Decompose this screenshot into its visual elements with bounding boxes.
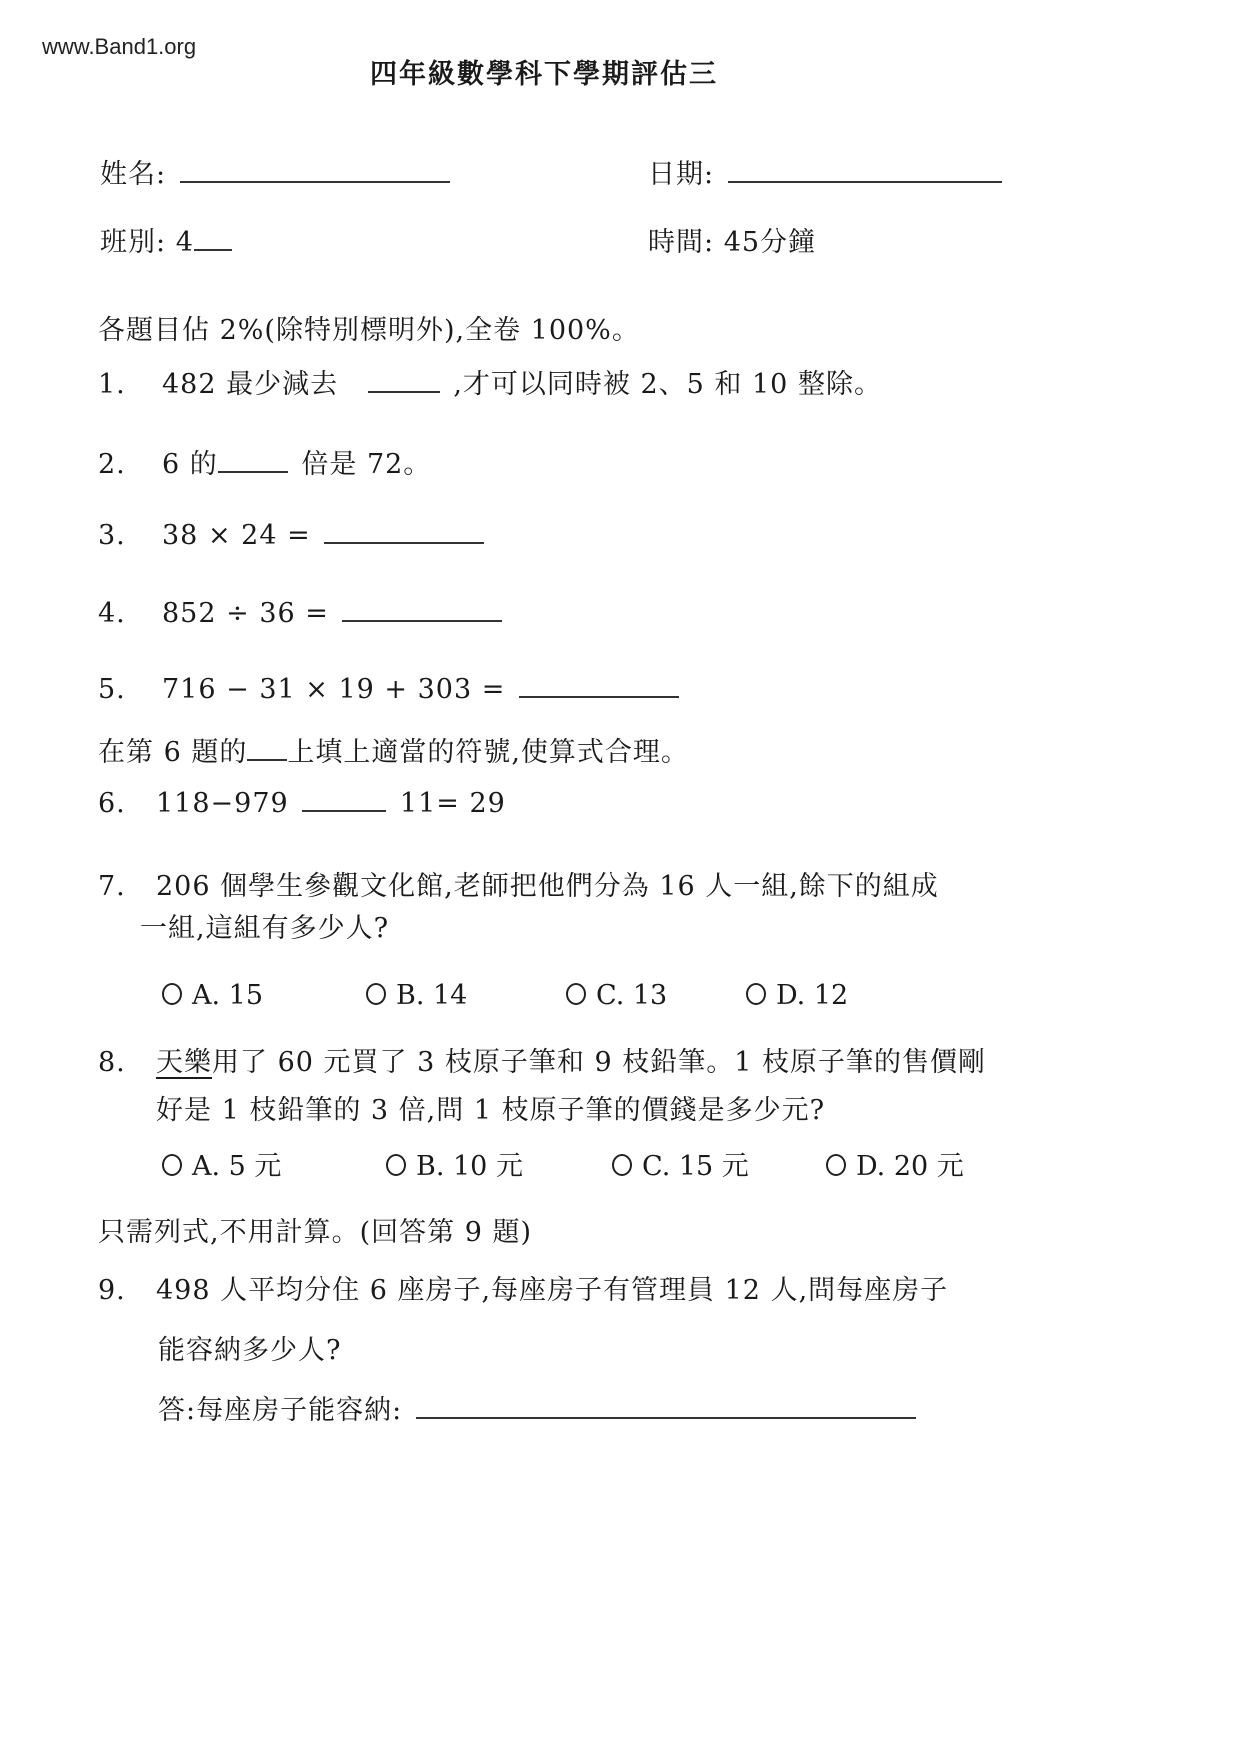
- question-1: 1.482 最少減去 ,才可以同時被 2、5 和 10 整除。: [98, 362, 882, 401]
- q8-option-a[interactable]: A. 5 元: [162, 1144, 281, 1183]
- radio-button[interactable]: [566, 983, 586, 1005]
- instruction-blank: [247, 758, 287, 761]
- answer-label: 答:每座房子能容納:: [158, 1395, 402, 1426]
- option-label: D. 20 元: [856, 1151, 964, 1182]
- question-7-line2: 一組,這組有多少人?: [140, 906, 389, 945]
- question-text: 倍是 72。: [301, 449, 431, 480]
- class-label: 班別:: [100, 227, 166, 258]
- question-8: 8.天樂用了 60 元買了 3 枝原子筆和 9 枝鉛筆。1 枝原子筆的售價剛: [98, 1040, 986, 1079]
- radio-button[interactable]: [162, 983, 182, 1005]
- q8-option-b[interactable]: B. 10 元: [386, 1144, 523, 1183]
- question-text: 118−979: [156, 788, 289, 819]
- q8-option-c[interactable]: C. 15 元: [612, 1144, 749, 1183]
- question-text: 716 − 31 × 19 + 303 =: [162, 674, 505, 705]
- question-number: 3.: [98, 520, 162, 551]
- question-number: 9.: [98, 1275, 156, 1306]
- name-label: 姓名:: [100, 159, 166, 190]
- question-4: 4.852 ÷ 36 =: [98, 598, 506, 629]
- option-label: A. 15: [192, 980, 263, 1011]
- radio-button[interactable]: [826, 1154, 846, 1176]
- question-5: 5.716 − 31 × 19 + 303 =: [98, 674, 683, 705]
- radio-button[interactable]: [366, 983, 386, 1005]
- question-9-line2: 能容納多少人?: [158, 1328, 341, 1367]
- section-6-instruction: 在第 6 題的上填上適當的符號,使算式合理。: [98, 730, 689, 769]
- person-name: 天樂: [156, 1047, 212, 1078]
- q7-option-d[interactable]: D. 12: [746, 980, 848, 1011]
- answer-blank-3[interactable]: [324, 541, 484, 544]
- answer-blank-5[interactable]: [519, 695, 679, 698]
- time-field: 時間: 45分鐘: [648, 220, 816, 259]
- question-number: 4.: [98, 598, 162, 629]
- time-label: 時間:: [648, 227, 714, 258]
- class-value: 4: [176, 227, 194, 258]
- name-field: 姓名:: [100, 152, 454, 191]
- question-number: 7.: [98, 871, 156, 902]
- question-text: 38 × 24 =: [162, 520, 311, 551]
- class-field: 班別: 4: [100, 220, 236, 259]
- question-3: 3.38 × 24 =: [98, 520, 488, 551]
- date-field: 日期:: [648, 152, 1006, 191]
- question-text: 206 個學生參觀文化館,老師把他們分為 16 人一組,餘下的組成: [156, 871, 939, 902]
- question-2: 2.6 的 倍是 72。: [98, 442, 431, 481]
- answer-blank-4[interactable]: [342, 619, 502, 622]
- scoring-instruction: 各題目佔 2%(除特別標明外),全卷 100%。: [98, 308, 640, 347]
- option-label: D. 12: [776, 980, 848, 1011]
- option-label: B. 14: [396, 980, 467, 1011]
- question-8-line2: 好是 1 枝鉛筆的 3 倍,問 1 枝原子筆的價錢是多少元?: [156, 1088, 825, 1127]
- question-6: 6.118−979 11= 29: [98, 788, 506, 819]
- answer-blank-6[interactable]: [302, 809, 386, 812]
- option-label: B. 10 元: [416, 1151, 523, 1182]
- name-input-line[interactable]: [180, 180, 450, 183]
- instruction-text: 上填上適當的符號,使算式合理。: [287, 737, 689, 768]
- radio-button[interactable]: [746, 983, 766, 1005]
- q7-option-c[interactable]: C. 13: [566, 980, 667, 1011]
- question-text: ,才可以同時被 2、5 和 10 整除。: [453, 369, 882, 400]
- option-label: C. 15 元: [642, 1151, 749, 1182]
- time-value: 45分鐘: [724, 227, 816, 258]
- question-number: 1.: [98, 369, 162, 400]
- question-text: 11= 29: [400, 788, 506, 819]
- question-number: 5.: [98, 674, 162, 705]
- question-text: 482 最少減去: [162, 369, 338, 400]
- section-9-instruction: 只需列式,不用計算。(回答第 9 題): [98, 1210, 532, 1249]
- date-label: 日期:: [648, 159, 714, 190]
- date-input-line[interactable]: [728, 180, 1002, 183]
- question-number: 6.: [98, 788, 156, 819]
- question-text: 852 ÷ 36 =: [162, 598, 329, 629]
- page-title: 四年級數學科下學期評估三: [370, 52, 718, 91]
- answer-blank-1[interactable]: [368, 390, 440, 393]
- option-label: A. 5 元: [192, 1151, 281, 1182]
- question-text: 用了 60 元買了 3 枝原子筆和 9 枝鉛筆。1 枝原子筆的售價剛: [212, 1047, 986, 1078]
- q7-option-a[interactable]: A. 15: [162, 980, 263, 1011]
- question-9: 9.498 人平均分住 6 座房子,每座房子有管理員 12 人,問每座房子: [98, 1268, 948, 1307]
- question-number: 2.: [98, 449, 162, 480]
- q8-option-d[interactable]: D. 20 元: [826, 1144, 964, 1183]
- radio-button[interactable]: [386, 1154, 406, 1176]
- watermark: www.Band1.org: [42, 34, 196, 60]
- option-label: C. 13: [596, 980, 667, 1011]
- question-number: 8.: [98, 1047, 156, 1078]
- question-7: 7.206 個學生參觀文化館,老師把他們分為 16 人一組,餘下的組成: [98, 864, 939, 903]
- radio-button[interactable]: [162, 1154, 182, 1176]
- question-9-answer: 答:每座房子能容納:: [158, 1388, 920, 1427]
- class-input-line[interactable]: [194, 248, 232, 251]
- answer-blank-9[interactable]: [416, 1416, 916, 1419]
- question-text: 6 的: [162, 449, 218, 480]
- instruction-text: 在第 6 題的: [98, 737, 247, 768]
- question-text: 498 人平均分住 6 座房子,每座房子有管理員 12 人,問每座房子: [156, 1275, 948, 1306]
- answer-blank-2[interactable]: [218, 470, 288, 473]
- q7-option-b[interactable]: B. 14: [366, 980, 467, 1011]
- radio-button[interactable]: [612, 1154, 632, 1176]
